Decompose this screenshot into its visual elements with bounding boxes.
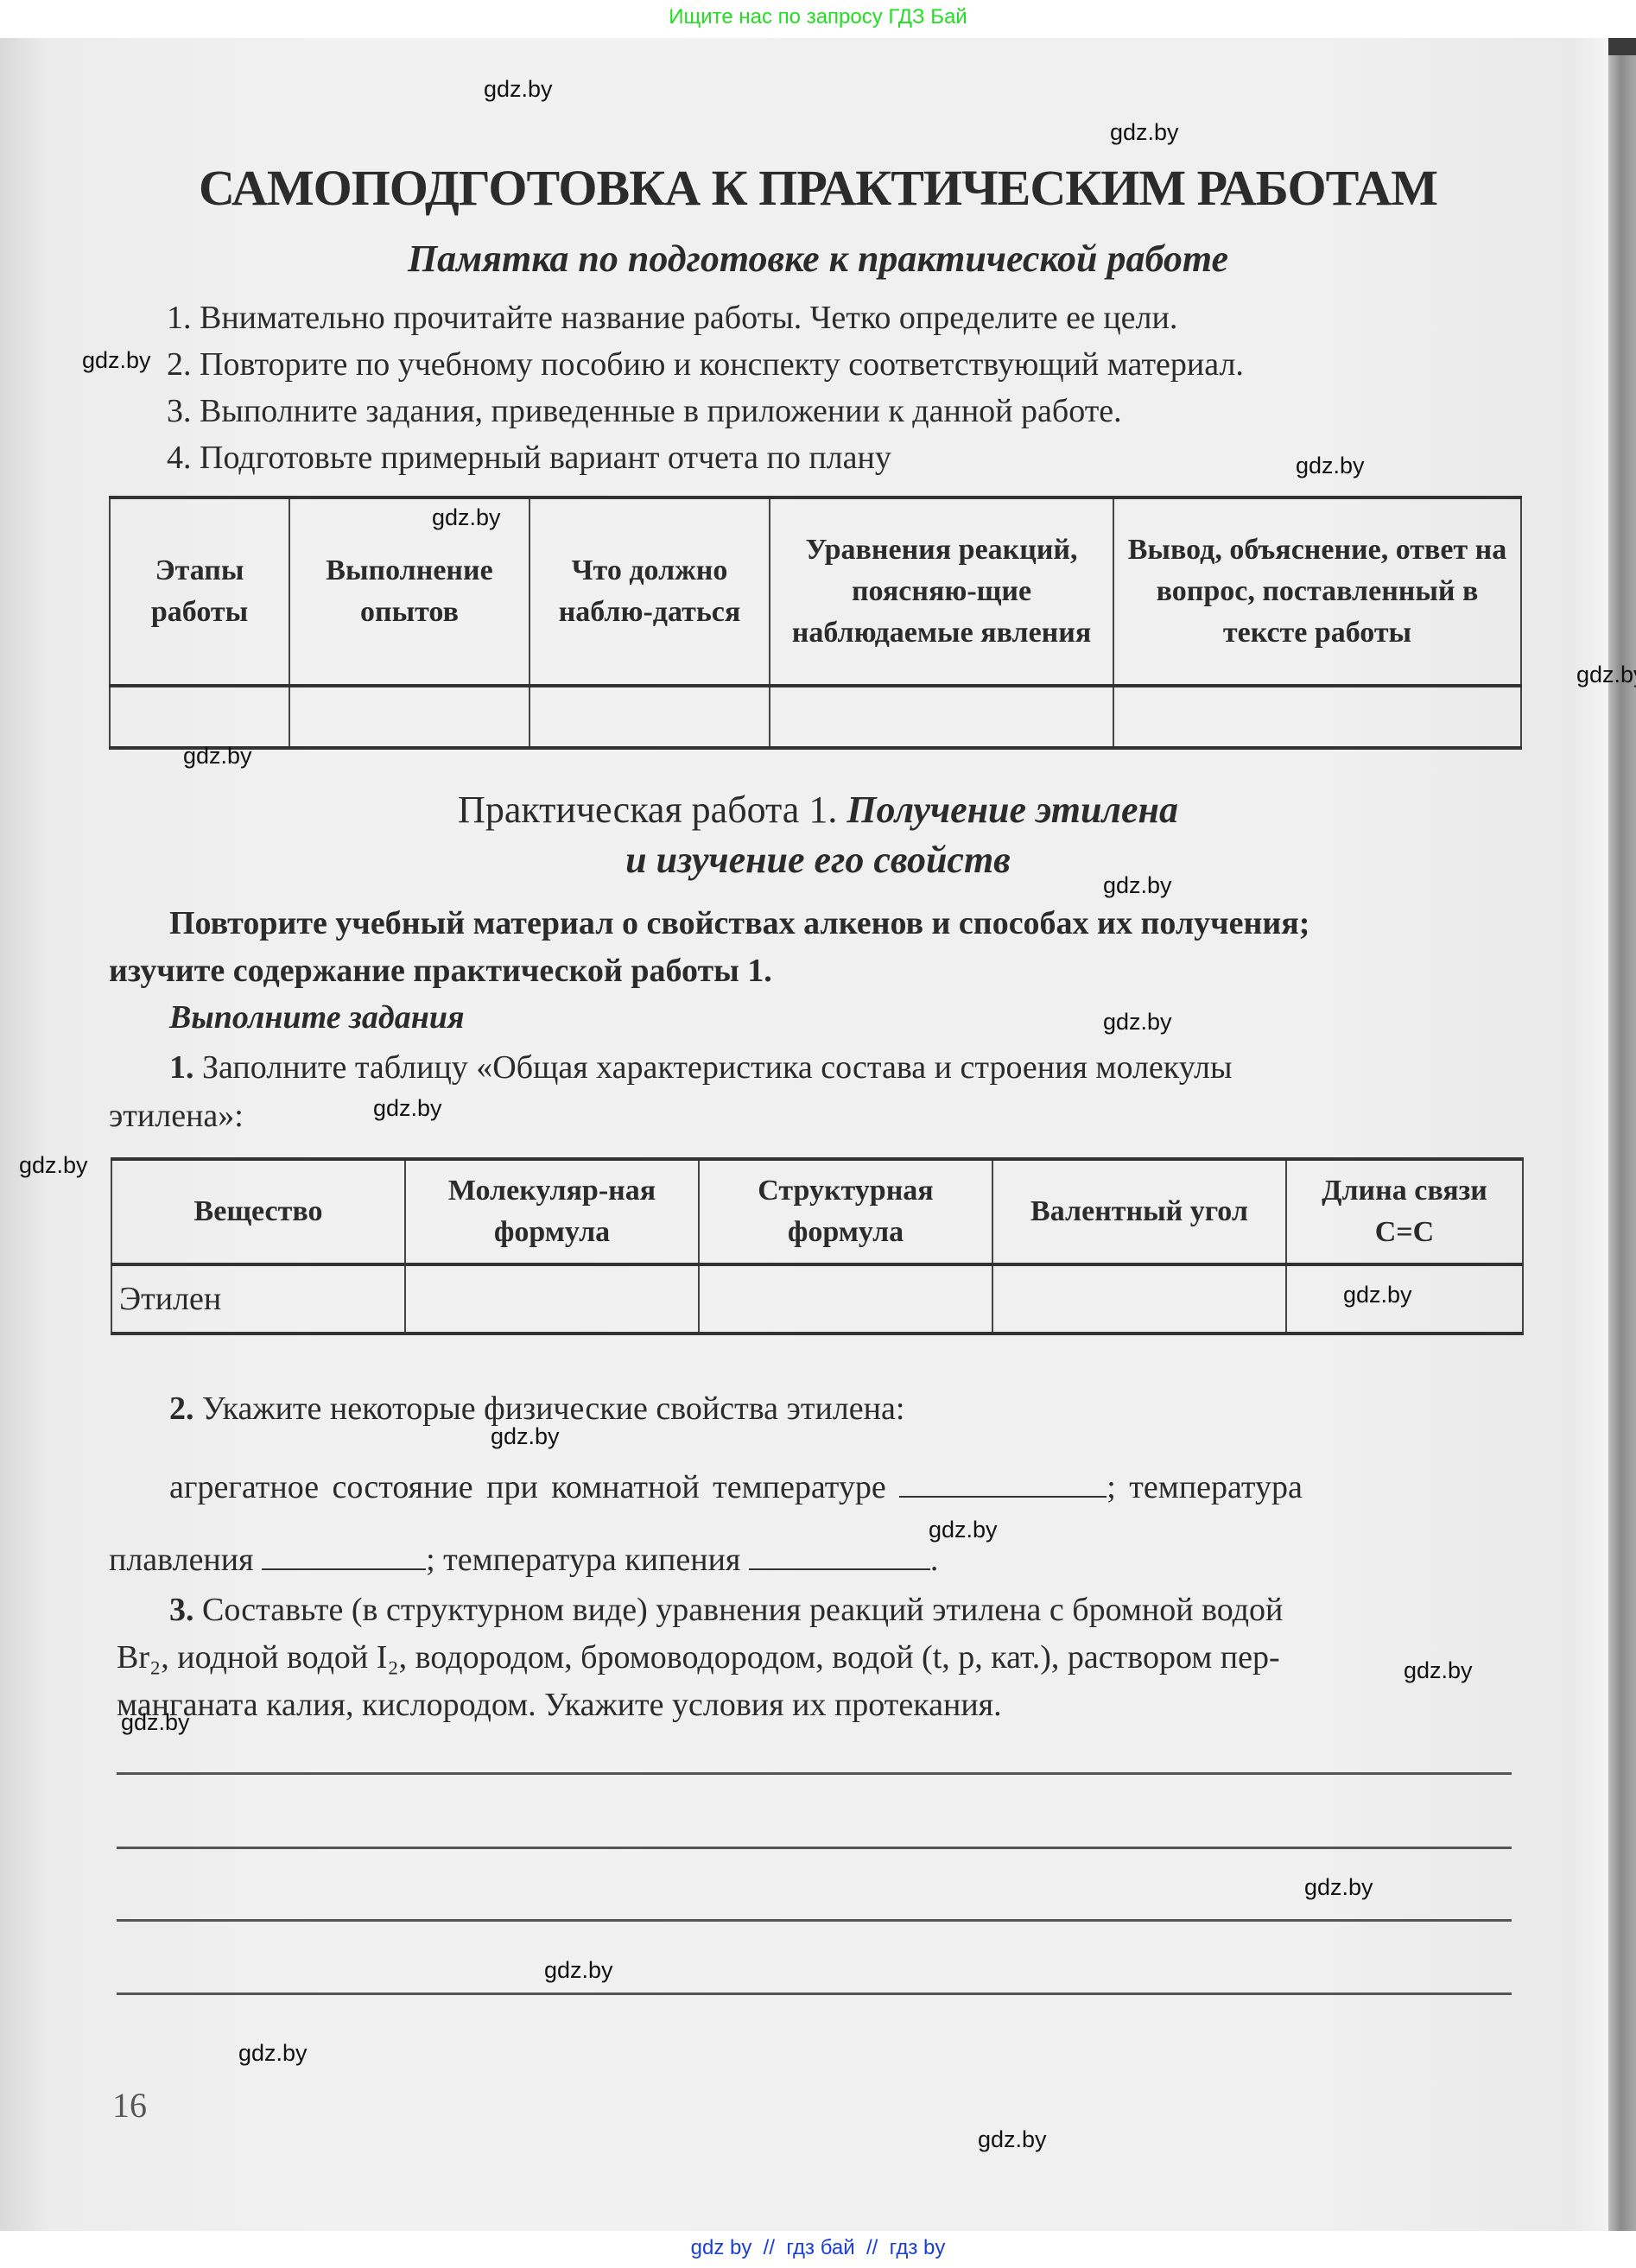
table-cell-substance: Этилен [111,1264,405,1334]
watermark: gdz.by [183,743,252,770]
task1-number: 1. [169,1049,194,1086]
answer-line[interactable] [117,1847,1512,1849]
melting-temp-label: ; температура [1107,1469,1303,1505]
table-header-cell: Длина связи С=С [1286,1159,1523,1264]
task2-number: 2. [169,1391,194,1427]
table-header-cell: Этапы работы [110,497,289,686]
watermark: gdz.by [238,2040,308,2067]
textbook-page: САМОПОДГОТОВКА К ПРАКТИЧЕСКИМ РАБОТАМ Па… [0,38,1636,2231]
task3-text-line1: Составьте (в структурном виде) уравнения… [194,1592,1284,1628]
task3-number: 3. [169,1592,194,1628]
answer-line[interactable] [117,1919,1512,1922]
table-row: Этилен [111,1264,1523,1334]
memo-item: 3. Выполните задания, приведенные в прил… [167,392,1122,430]
answer-line[interactable] [117,1772,1512,1775]
bottom-banner: gdz by // гдз бай // гдз by [0,2231,1636,2268]
watermark: gdz.by [484,76,553,103]
table-row [110,686,1521,748]
watermark: gdz.by [1404,1657,1473,1684]
memo-subtitle: Памятка по подготовке к практической раб… [0,237,1636,281]
watermark: gdz.by [1296,453,1365,479]
table-header-cell: Структурная формула [699,1159,992,1264]
boiling-temp-label: ; температура кипения [426,1542,740,1578]
table-header-cell: Молекуляр-ная формула [405,1159,699,1264]
melting-temp-blank[interactable] [262,1539,426,1570]
boiling-temp-blank[interactable] [749,1539,930,1570]
watermark: gdz.by [544,1957,613,1984]
watermark: gdz.by [432,504,501,531]
watermark: gdz.by [373,1095,442,1122]
period: . [930,1542,939,1578]
report-plan-table: Этапы работы Выполнение опытов Что должн… [109,496,1522,750]
top-banner-text: Ищите нас по запросу ГДЗ Бай [669,5,967,29]
task2-text-body: Укажите некоторые физические свойства эт… [194,1391,905,1427]
table-header-cell: Вывод, объяснение, ответ на вопрос, пост… [1113,497,1521,686]
table-cell[interactable] [1113,686,1521,748]
ethylene-characteristics-table: Вещество Молекуляр-ная формула Структурн… [111,1157,1524,1335]
table-cell[interactable] [529,686,770,748]
task1-text: 1. Заполните таблицу «Общая характеристи… [169,1048,1233,1086]
watermark: gdz.by [1343,1282,1412,1308]
table-cell[interactable] [110,686,289,748]
watermark: gdz.by [929,1517,998,1543]
melting-label: плавления [109,1542,254,1578]
top-banner: Ищите нас по запросу ГДЗ Бай [0,0,1636,38]
instruction-line1: Повторите учебный материал о свойствах а… [169,904,1309,942]
watermark: gdz.by [1110,119,1179,146]
watermark: gdz.by [491,1423,560,1450]
table-header-cell: Уравнения реакций, поясняю-щие наблюдаем… [770,497,1113,686]
watermark: gdz.by [121,1709,190,1736]
page-number: 16 [112,2085,147,2125]
practical-work-number: Практическая работа 1. [458,789,847,831]
tasks-heading: Выполните задания [169,998,465,1036]
watermark: gdz.by [1576,662,1636,688]
watermark: gdz.by [978,2126,1047,2153]
watermark: gdz.by [82,347,151,374]
instruction-line2: изучите содержание практической работы 1… [109,952,772,990]
practical-work-topic: Получение этилена [847,789,1178,831]
aggregate-state-blank[interactable] [899,1467,1107,1498]
memo-item: 4. Подготовьте примерный вариант отчета … [167,439,891,477]
practical-work-topic-cont: и изучение его свойств [625,839,1011,881]
watermark: gdz.by [1103,872,1172,899]
table-cell[interactable] [289,686,529,748]
task2-line2: плавления ; температура кипения . [109,1539,938,1579]
table-cell[interactable] [405,1264,699,1334]
aggregate-state-label: агрегатное состояние при комнатной темпе… [169,1469,886,1505]
table-cell[interactable] [992,1264,1286,1334]
practical-work-title: Практическая работа 1. Получение этилена [0,788,1636,832]
task3-text: 3. Составьте (в структурном виде) уравне… [169,1591,1283,1629]
table-header-cell: Валентный угол [992,1159,1286,1264]
watermark: gdz.by [19,1152,88,1179]
page-title: САМОПОДГОТОВКА К ПРАКТИЧЕСКИМ РАБОТАМ [0,159,1636,217]
memo-item: 1. Внимательно прочитайте название работ… [167,299,1177,337]
task3-text-line3: манганата калия, кислородом. Укажите усл… [117,1686,1002,1724]
table-cell[interactable] [770,686,1113,748]
task1-text-line1: Заполните таблицу «Общая характеристика … [194,1049,1233,1086]
watermark: gdz.by [1103,1009,1172,1036]
task2-text: 2. Укажите некоторые физические свойства… [169,1390,904,1428]
bottom-banner-text: gdz by // гдз бай // гдз by [691,2236,946,2259]
table-header-cell: Что должно наблю-даться [529,497,770,686]
task2-line1: агрегатное состояние при комнатной темпе… [169,1467,1525,1506]
task1-text-line2: этилена»: [109,1097,244,1135]
answer-line[interactable] [117,1992,1512,1995]
page-binding-shadow [1608,38,1636,2231]
practical-work-title-line2: и изучение его свойств [0,838,1636,882]
binding-top-edge [1608,38,1636,55]
table-header-cell: Вещество [111,1159,405,1264]
memo-item: 2. Повторите по учебному пособию и консп… [167,345,1244,383]
task3-text-line2: Br₂, иодной водой I₂, водородом, бромово… [117,1638,1280,1676]
watermark: gdz.by [1304,1874,1373,1901]
table-cell[interactable] [699,1264,992,1334]
